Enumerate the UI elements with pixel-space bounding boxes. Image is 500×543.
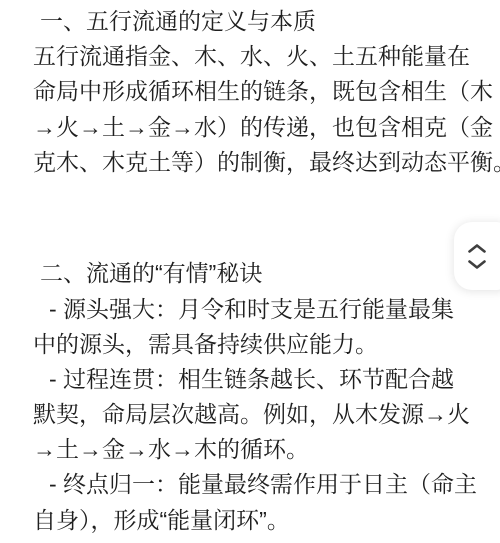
bullet-wrap-line: 中的源头，需具备持续供应能力。 [33,327,500,362]
paragraph-line: 克木、木克土等）的制衡，最终达到动态平衡。 [33,145,500,180]
paragraph-line: 五行流通指金、木、水、火、土五种能量在 [33,39,500,74]
article-page: 一、五行流通的定义与本质 五行流通指金、木、水、火、土五种能量在 命局中形成循环… [0,0,500,543]
bullet-line: - 终点归一：能量最终需作用于日主（命主 [33,467,500,502]
section-divider-gap [33,180,500,256]
section-2-heading: 二、流通的“有情”秘诀 [33,256,500,291]
section-1-heading: 一、五行流通的定义与本质 [33,4,500,39]
scroll-down-button[interactable] [466,258,488,271]
paragraph-line: 命局中形成循环相生的链条，既包含相生（木 [33,74,500,109]
bullet-wrap-line: 默契，命局层次越高。例如，从木发源→火 [33,397,500,432]
bullet-line: - 过程连贯：相生链条越长、环节配合越 [33,362,500,397]
chevron-down-icon [467,259,487,270]
chevron-up-icon [467,243,487,254]
bullet-wrap-line: 自身），形成“能量闭环”。 [33,503,500,538]
bullet-wrap-line: →土→金→水→木的循环。 [33,432,500,467]
scroll-controls [454,222,500,290]
paragraph-line: →火→土→金→水）的传递，也包含相克（金 [33,110,500,145]
bullet-line: - 源头强大：月令和时支是五行能量最集 [33,292,500,327]
scroll-up-button[interactable] [466,242,488,255]
article-content: 一、五行流通的定义与本质 五行流通指金、木、水、火、土五种能量在 命局中形成循环… [0,0,500,538]
